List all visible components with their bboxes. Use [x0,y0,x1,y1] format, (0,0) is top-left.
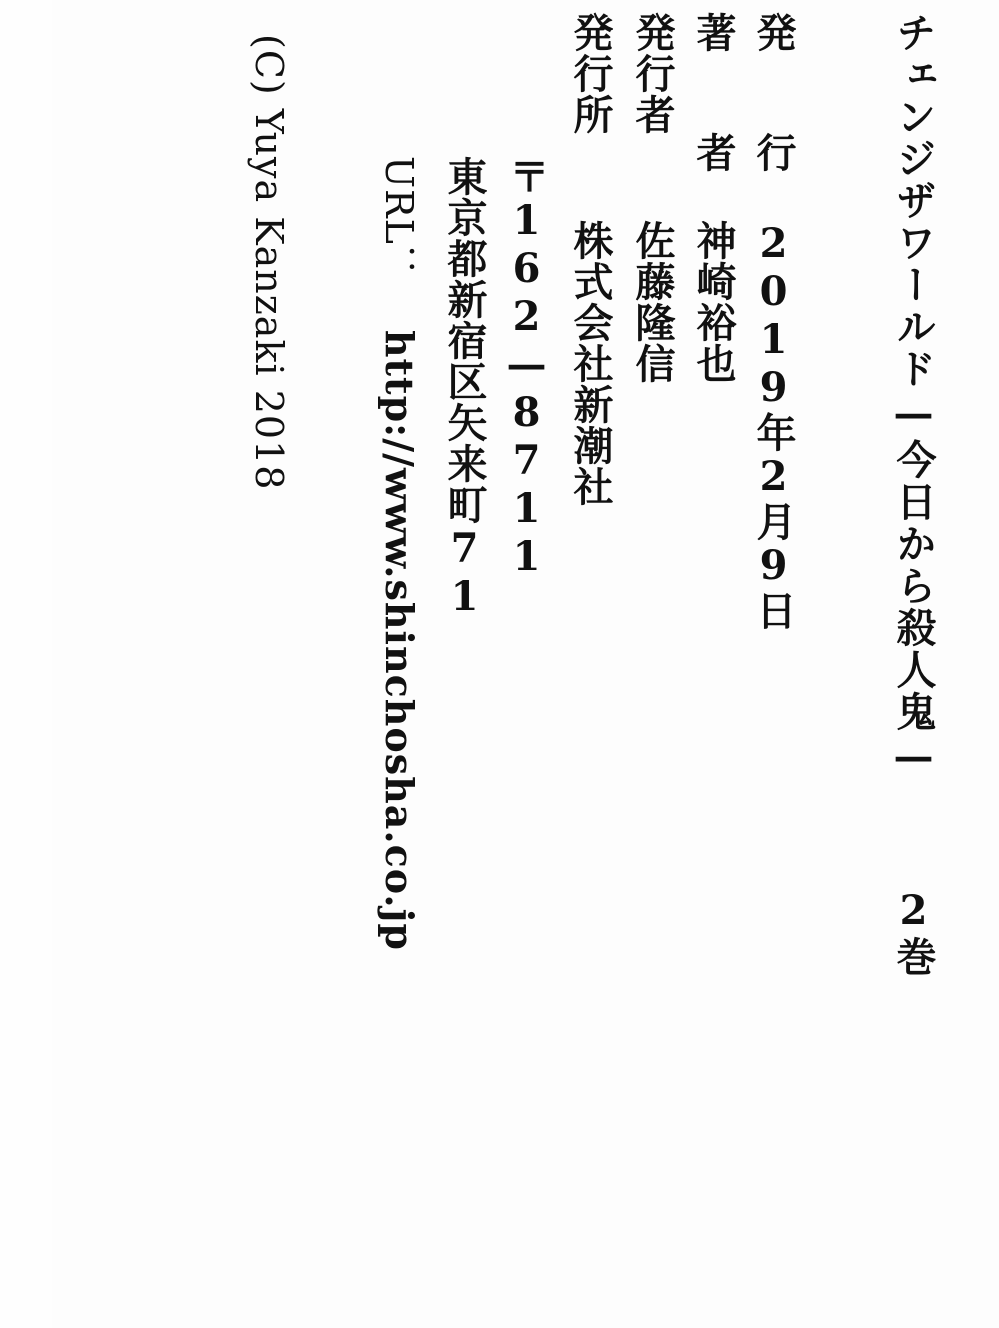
url-label: URL： [377,156,421,284]
book-title: チェンジザワールド—今日から殺人鬼— 2巻 [893,12,933,978]
volume-number: 2巻 [893,887,933,978]
page-margin-strip [0,0,52,1328]
author-value: 神崎裕也 [693,220,733,384]
publisher-url-link[interactable]: http://www.shinchosha.co.jp [377,330,422,951]
publication-date-value: 2019年2月9日 [753,220,793,631]
author-row: 著 者 神崎裕也 [693,12,733,384]
publisher-company-row: 発行所 株式会社新潮社 [570,12,610,507]
author-label: 著 者 [693,12,733,172]
postal-code: 〒162—8711 [506,156,546,581]
publisher-company-value: 株式会社新潮社 [570,220,610,507]
title-text: チェンジザワールド—今日から殺人鬼— [890,12,937,782]
publisher-person-row: 発行者 佐藤隆信 [632,12,672,384]
publisher-person-label: 発行者 [632,12,672,172]
publisher-url-row: URL： http://www.shinchosha.co.jp [380,156,418,951]
publisher-company-label: 発行所 [570,12,610,172]
copyright-notice: (C) Yuya Kanzaki 2018 [250,34,288,490]
publication-date-row: 発 行 2019年2月9日 [753,12,793,631]
publisher-person-value: 佐藤隆信 [632,220,672,384]
publication-date-label: 発 行 [753,12,793,172]
publisher-address: 東京都新宿区矢来町71 [444,156,484,621]
